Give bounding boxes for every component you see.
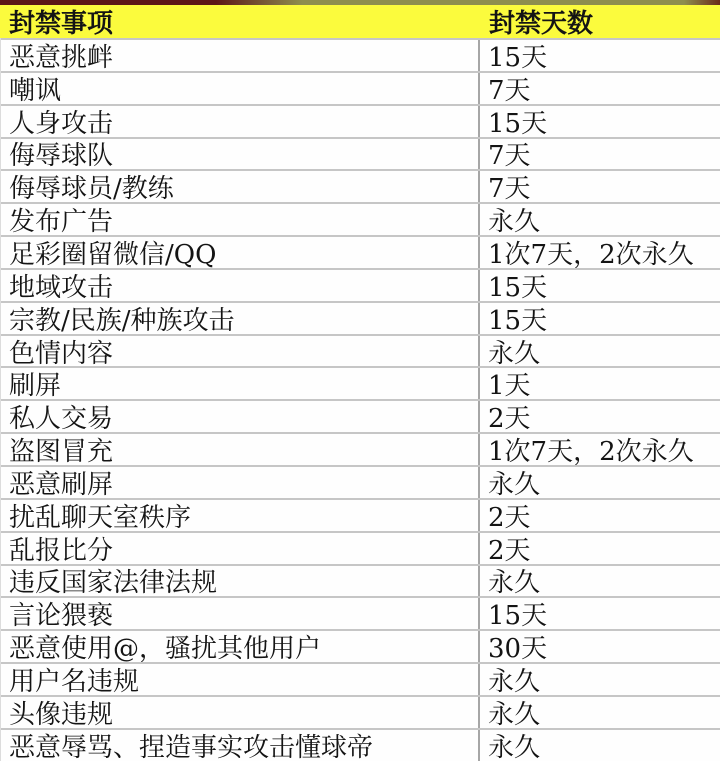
header-ban-item: 封禁事项 xyxy=(0,3,480,40)
table-row: 地域攻击 15天 xyxy=(1,268,720,301)
ban-item-cell: 恶意辱骂、捏造事实攻击懂球帝 xyxy=(1,730,480,761)
table-row: 违反国家法律法规 永久 xyxy=(1,564,720,597)
table-row: 恶意挑衅 15天 xyxy=(1,38,720,71)
ban-days-cell: 15天 xyxy=(480,106,720,137)
table-row: 扰乱聊天室秩序 2天 xyxy=(1,498,720,531)
table-row: 私人交易 2天 xyxy=(1,399,720,432)
ban-days-cell: 永久 xyxy=(480,664,720,695)
table-row: 恶意使用@，骚扰其他用户 30天 xyxy=(1,629,720,662)
ban-item-cell: 侮辱球队 xyxy=(1,139,480,170)
ban-days-cell: 15天 xyxy=(480,303,720,334)
ban-days-cell: 2天 xyxy=(480,401,720,432)
table-row: 用户名违规 永久 xyxy=(1,662,720,695)
table-row: 色情内容 永久 xyxy=(1,334,720,367)
ban-item-cell: 色情内容 xyxy=(1,336,480,367)
ban-item-cell: 嘲讽 xyxy=(1,73,480,104)
ban-days-cell: 永久 xyxy=(480,467,720,498)
ban-item-cell: 恶意使用@，骚扰其他用户 xyxy=(1,631,480,662)
ban-days-cell: 15天 xyxy=(480,270,720,301)
table-row: 乱报比分 2天 xyxy=(1,531,720,564)
table-row: 足彩圈留微信/QQ 1次7天，2次永久 xyxy=(1,235,720,268)
ban-days-cell: 1次7天，2次永久 xyxy=(480,237,720,268)
ban-item-cell: 乱报比分 xyxy=(1,533,480,564)
ban-item-cell: 地域攻击 xyxy=(1,270,480,301)
ban-days-cell: 永久 xyxy=(480,204,720,235)
ban-days-cell: 永久 xyxy=(480,697,720,728)
ban-item-cell: 用户名违规 xyxy=(1,664,480,695)
ban-item-cell: 恶意刷屏 xyxy=(1,467,480,498)
ban-days-cell: 15天 xyxy=(480,598,720,629)
table-body: 恶意挑衅 15天 嘲讽 7天 人身攻击 15天 侮辱球队 7天 侮辱球员/教练 … xyxy=(0,38,720,761)
ban-item-cell: 足彩圈留微信/QQ xyxy=(1,237,480,268)
ban-days-cell: 永久 xyxy=(480,566,720,597)
table-row: 恶意辱骂、捏造事实攻击懂球帝 永久 xyxy=(1,728,720,761)
ban-item-cell: 发布广告 xyxy=(1,204,480,235)
table-row: 刷屏 1天 xyxy=(1,366,720,399)
ban-days-cell: 1次7天，2次永久 xyxy=(480,434,720,465)
table-row: 侮辱球员/教练 7天 xyxy=(1,169,720,202)
ban-days-cell: 2天 xyxy=(480,533,720,564)
table-row: 侮辱球队 7天 xyxy=(1,137,720,170)
table-row: 恶意刷屏 永久 xyxy=(1,465,720,498)
ban-item-cell: 扰乱聊天室秩序 xyxy=(1,500,480,531)
table-row: 言论猥亵 15天 xyxy=(1,596,720,629)
ban-item-cell: 违反国家法律法规 xyxy=(1,566,480,597)
ban-item-cell: 盗图冒充 xyxy=(1,434,480,465)
ban-days-cell: 7天 xyxy=(480,73,720,104)
ban-days-cell: 1天 xyxy=(480,368,720,399)
ban-item-cell: 私人交易 xyxy=(1,401,480,432)
header-ban-days: 封禁天数 xyxy=(480,3,720,40)
table-row: 头像违规 永久 xyxy=(1,695,720,728)
table-row: 人身攻击 15天 xyxy=(1,104,720,137)
table-row: 宗教/民族/种族攻击 15天 xyxy=(1,301,720,334)
ban-days-cell: 15天 xyxy=(480,40,720,71)
ban-item-cell: 刷屏 xyxy=(1,368,480,399)
ban-item-cell: 言论猥亵 xyxy=(1,598,480,629)
ban-item-cell: 侮辱球员/教练 xyxy=(1,171,480,202)
ban-days-cell: 7天 xyxy=(480,139,720,170)
ban-days-cell: 永久 xyxy=(480,336,720,367)
ban-days-cell: 7天 xyxy=(480,171,720,202)
ban-days-cell: 30天 xyxy=(480,631,720,662)
ban-days-cell: 2天 xyxy=(480,500,720,531)
table-row: 盗图冒充 1次7天，2次永久 xyxy=(1,432,720,465)
ban-item-cell: 头像违规 xyxy=(1,697,480,728)
ban-item-cell: 宗教/民族/种族攻击 xyxy=(1,303,480,334)
ban-rules-table-screenshot: 封禁事项 封禁天数 恶意挑衅 15天 嘲讽 7天 人身攻击 15天 侮辱球队 7… xyxy=(0,0,720,761)
ban-item-cell: 恶意挑衅 xyxy=(1,40,480,71)
ban-days-cell: 永久 xyxy=(480,730,720,761)
table-header-row: 封禁事项 封禁天数 xyxy=(0,5,720,38)
table-row: 嘲讽 7天 xyxy=(1,71,720,104)
table-row: 发布广告 永久 xyxy=(1,202,720,235)
ban-item-cell: 人身攻击 xyxy=(1,106,480,137)
